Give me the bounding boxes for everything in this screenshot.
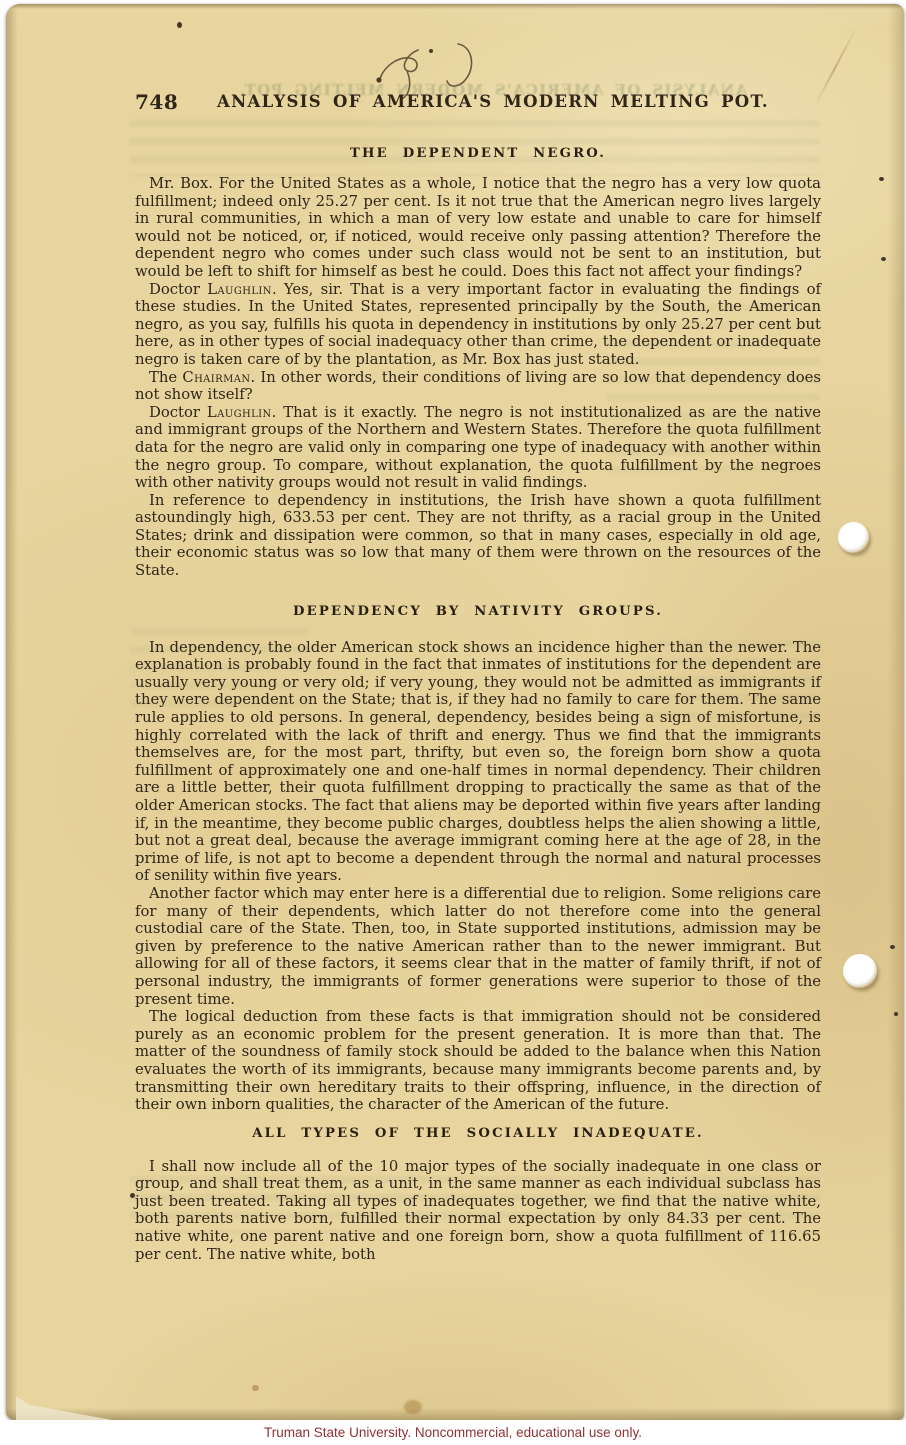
paragraph: I shall now include all of the 10 major … xyxy=(135,1158,821,1264)
paragraph: Doctor Laughlin. That is it exactly. The… xyxy=(135,404,821,492)
paragraph: Another factor which may enter here is a… xyxy=(135,885,821,1008)
paragraph: In reference to dependency in institutio… xyxy=(135,492,821,580)
punch-hole xyxy=(843,954,877,988)
page-content: ANALYSIS OF AMERICA'S MODERN MELTING POT… xyxy=(135,90,821,1263)
speaker-name: Laughlin xyxy=(207,404,272,421)
speaker-name: Chairman xyxy=(182,369,250,386)
text-run: Doctor xyxy=(149,281,207,298)
document-section: DEPENDENCY BY NATIVITY GROUPS.In depende… xyxy=(135,604,821,1114)
ink-speck xyxy=(894,1012,898,1016)
text-run: In dependency, the older American stock … xyxy=(135,639,821,885)
text-run: In reference to dependency in institutio… xyxy=(135,492,821,579)
ink-speck xyxy=(177,22,182,28)
ink-speck xyxy=(881,257,886,261)
document-section: ALL TYPES OF THE SOCIALLY INADEQUATE.I s… xyxy=(135,1126,821,1264)
paper-crease xyxy=(813,27,858,109)
paper-stain xyxy=(404,1400,422,1414)
text-run: I shall now include all of the 10 major … xyxy=(135,1158,821,1263)
punch-hole xyxy=(838,522,869,553)
archive-footer: Truman State University. Noncommercial, … xyxy=(0,1420,906,1445)
section-list: THE DEPENDENT NEGRO.Mr. Box. For the Uni… xyxy=(135,146,821,1263)
paragraph: Doctor Laughlin. Yes, sir. That is a ver… xyxy=(135,281,821,369)
paper-sheet: ANALYSIS OF AMERICA'S MODERN MELTING POT… xyxy=(6,4,904,1420)
text-run: The logical deduction from these facts i… xyxy=(135,1008,821,1113)
speaker-name: Laughlin xyxy=(207,281,272,298)
text-run: Mr. Box. For the United States as a whol… xyxy=(135,175,821,280)
archive-credit-text: Truman State University. Noncommercial, … xyxy=(264,1425,642,1440)
paragraph: The logical deduction from these facts i… xyxy=(135,1008,821,1114)
paragraph: Mr. Box. For the United States as a whol… xyxy=(135,175,821,281)
document-section: THE DEPENDENT NEGRO.Mr. Box. For the Uni… xyxy=(135,146,821,580)
ink-speck xyxy=(879,177,884,181)
ink-speck xyxy=(130,1193,135,1198)
text-run: The xyxy=(149,369,182,386)
section-heading: THE DEPENDENT NEGRO. xyxy=(135,146,821,161)
section-heading: ALL TYPES OF THE SOCIALLY INADEQUATE. xyxy=(135,1126,821,1141)
text-run: Doctor xyxy=(149,404,207,421)
page-header: ANALYSIS OF AMERICA'S MODERN MELTING POT… xyxy=(135,90,821,116)
paragraph: The Chairman. In other words, their cond… xyxy=(135,369,821,404)
page-number: 748 xyxy=(135,90,178,114)
ink-speck xyxy=(890,945,895,949)
paragraph: In dependency, the older American stock … xyxy=(135,639,821,885)
paper-stain xyxy=(252,1385,259,1391)
running-title: ANALYSIS OF AMERICA'S MODERN MELTING POT… xyxy=(195,92,791,111)
section-heading: DEPENDENCY BY NATIVITY GROUPS. xyxy=(135,604,821,619)
text-run: Another factor which may enter here is a… xyxy=(135,885,821,1008)
scanned-book-page: ANALYSIS OF AMERICA'S MODERN MELTING POT… xyxy=(0,0,906,1445)
